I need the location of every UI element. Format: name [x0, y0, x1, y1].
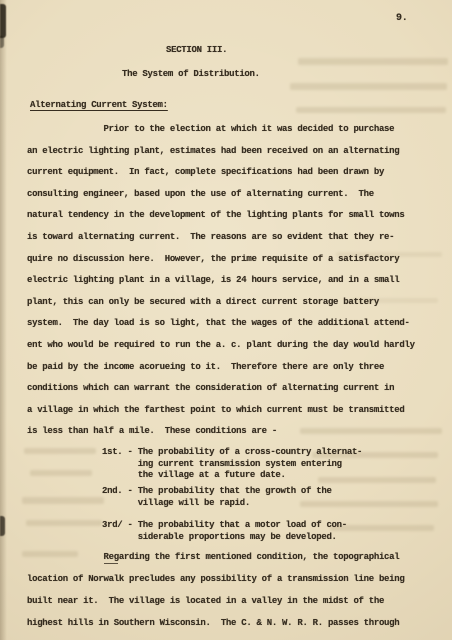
regarding-partial-underline [104, 563, 118, 564]
bleed-through-mark [26, 520, 102, 526]
paragraph-norwalk-topography: Regarding the first mentioned condition,… [27, 546, 404, 634]
document-subtitle: The System of Distribution. [122, 69, 260, 79]
bleed-through-mark [290, 83, 447, 90]
list-item-2nd: 2nd. - The probability that the growth o… [102, 486, 332, 509]
bleed-through-mark [298, 58, 448, 65]
ink-blot-top-left [0, 4, 6, 38]
document-page: 9. SECTION III. The System of Distributi… [0, 0, 452, 640]
page-number: 9. [396, 13, 407, 24]
list-item-1st: 1st. - The probability of a cross-countr… [102, 447, 362, 482]
ink-blot-left-edge [0, 516, 5, 536]
ink-blot-top-left-fade [0, 36, 4, 48]
paragraph-alternating-current: Prior to the election at which it was de… [27, 119, 415, 443]
bleed-through-mark [296, 107, 446, 113]
list-item-3rd: 3rd/ - The probability that a motor load… [102, 520, 347, 543]
section-title: SECTION III. [166, 45, 227, 55]
bleed-through-mark [24, 448, 96, 454]
left-edge-shadow [0, 0, 7, 640]
bleed-through-mark [22, 497, 104, 504]
heading-alternating-current-system: Alternating Current System: [30, 100, 168, 110]
bleed-through-mark [30, 470, 92, 476]
